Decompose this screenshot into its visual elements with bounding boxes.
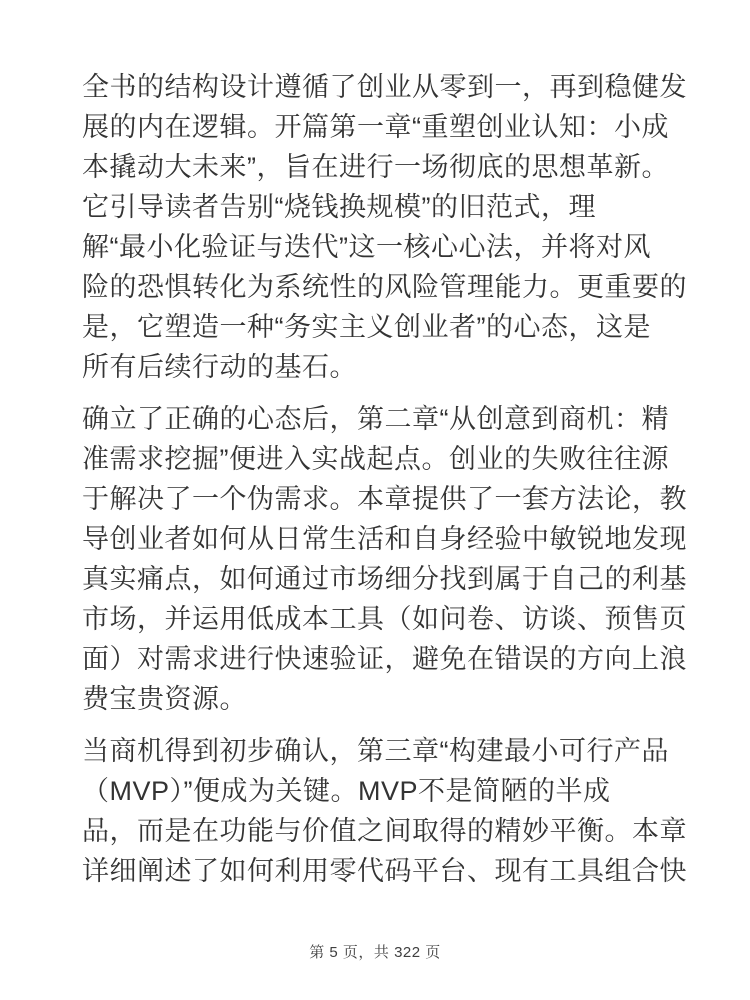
- page-number-indicator: 第 5 页，共 322 页: [309, 944, 441, 961]
- page-footer: 第 5 页，共 322 页: [0, 941, 750, 962]
- paragraph: 确立了正确的心态后，第二章“从创意到商机：精 准需求挖掘”便进入实战起点。创业的…: [82, 399, 727, 719]
- paragraph: 当商机得到初步确认，第三章“构建最小可行产品 （MVP）”便成为关键。MVP不是…: [82, 731, 727, 891]
- paragraph: 全书的结构设计遵循了创业从零到一，再到稳健发 展的内在逻辑。开篇第一章“重塑创业…: [82, 67, 727, 387]
- document-page: 全书的结构设计遵循了创业从零到一，再到稳健发 展的内在逻辑。开篇第一章“重塑创业…: [0, 0, 750, 1000]
- page-content: 全书的结构设计遵循了创业从零到一，再到稳健发 展的内在逻辑。开篇第一章“重塑创业…: [82, 67, 727, 903]
